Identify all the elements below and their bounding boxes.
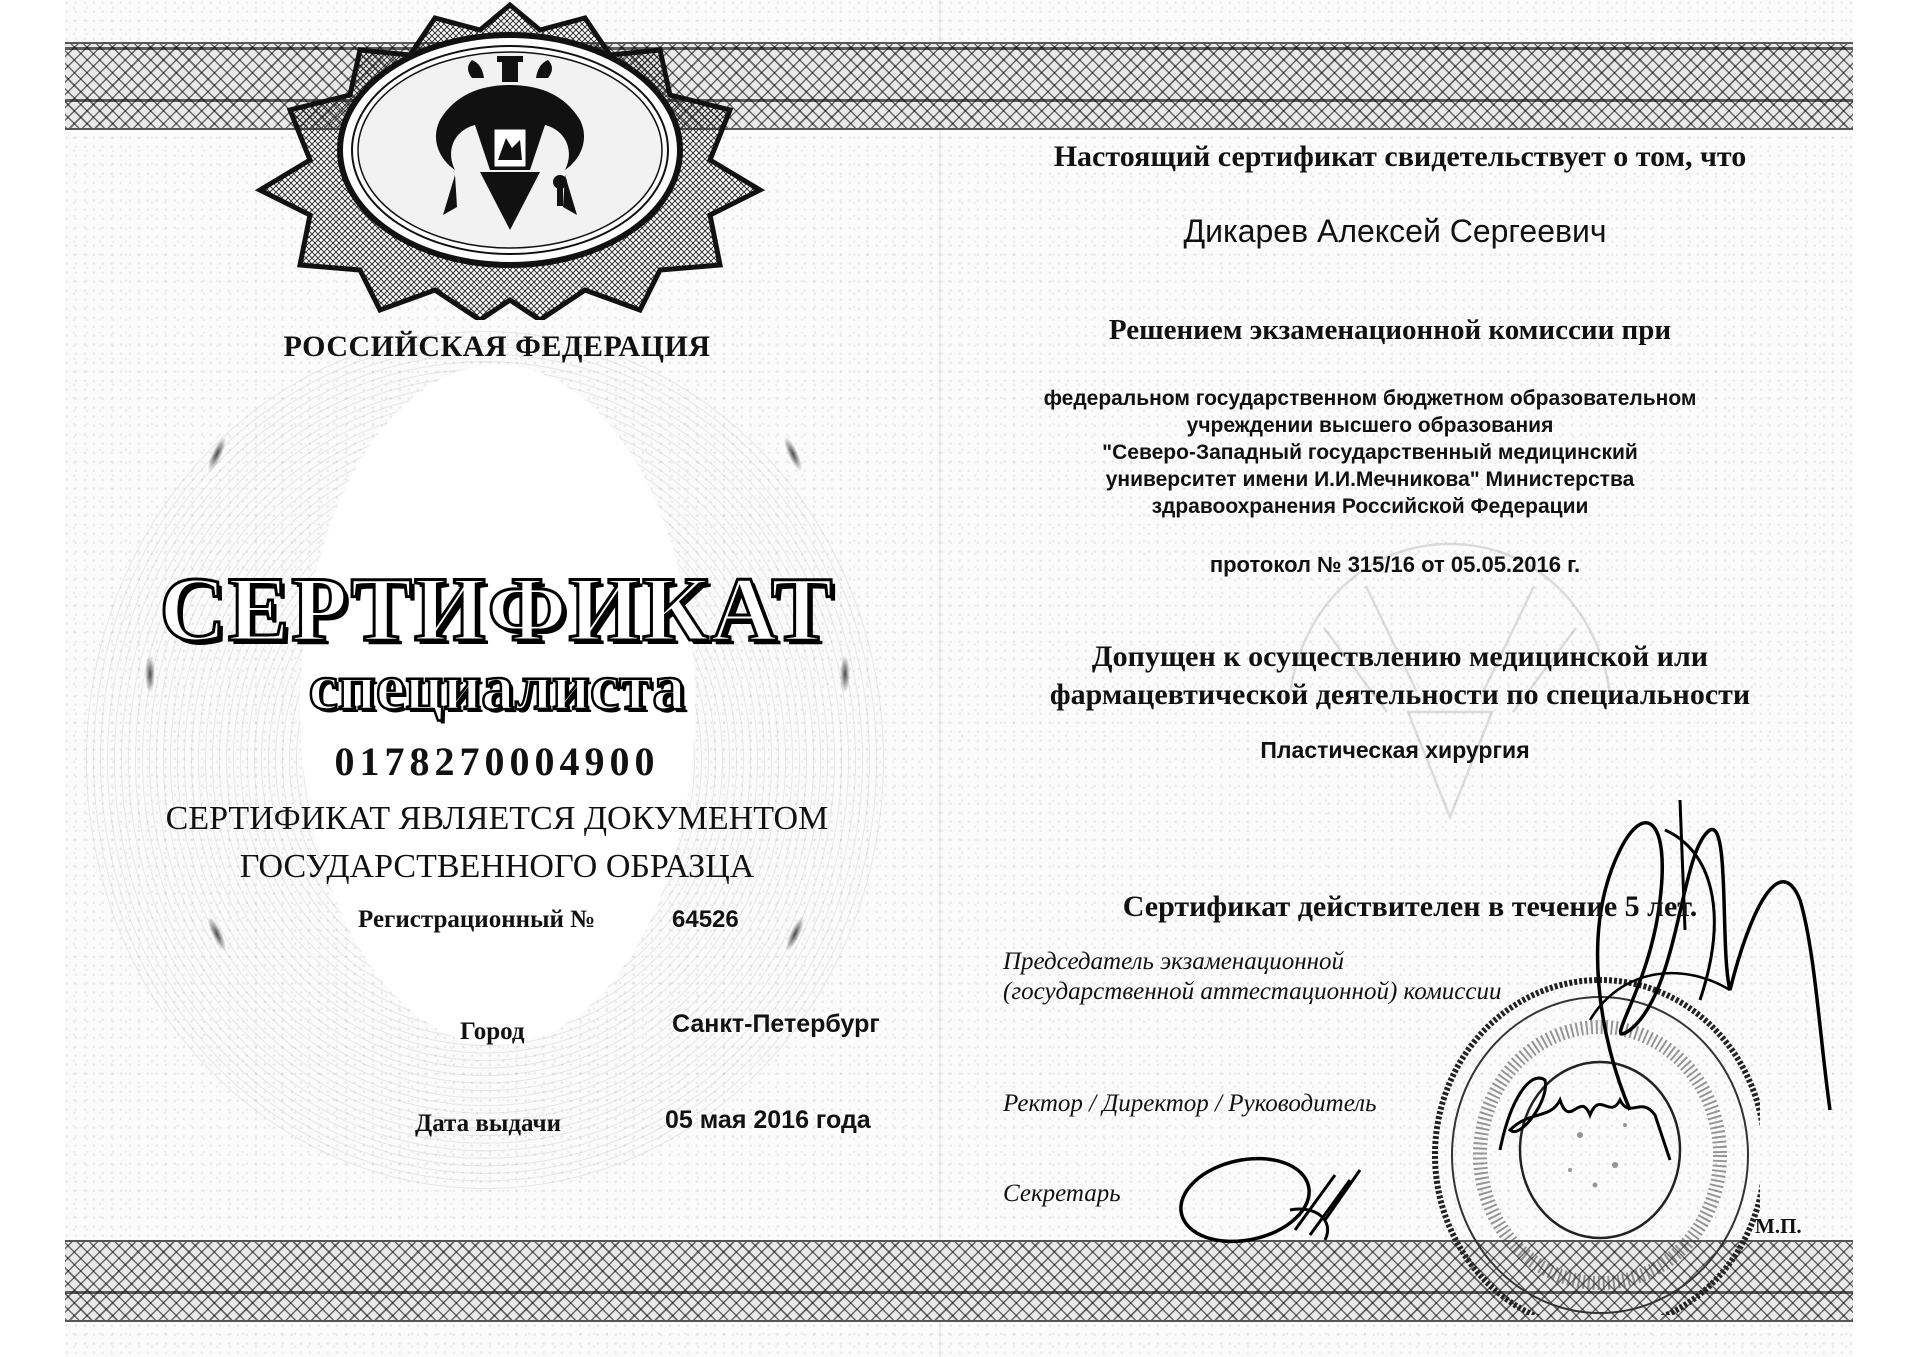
city-value: Санкт-Петербург	[672, 1010, 880, 1039]
admission-statement-line-2: фармацевтической деятельности по специал…	[1050, 678, 1750, 712]
institution-line: здравоохранения Российской Федерации	[1152, 495, 1589, 519]
institution-line: учреждении высшего образования	[1187, 414, 1554, 438]
double-headed-eagle-icon	[240, 0, 780, 320]
institution-line: университет имени И.И.Мечникова" Министе…	[1106, 468, 1635, 492]
institution-line: федеральном государственном бюджетном об…	[1044, 387, 1697, 411]
certificate-intro: Настоящий сертификат свидетельствует о т…	[1054, 140, 1747, 174]
certificate-subtitle: специалиста	[309, 650, 686, 726]
certificate-title: СЕРТИФИКАТ	[159, 556, 834, 662]
rector-signature-icon	[1490, 1060, 1680, 1170]
secretary-signature-icon	[1175, 1150, 1375, 1250]
decorative-sparkle	[145, 655, 155, 693]
admission-statement-line-1: Допущен к осуществлению медицинской или	[1092, 640, 1708, 674]
registration-number-label: Регистрационный №	[358, 906, 595, 934]
registration-number-value: 64526	[672, 906, 739, 934]
holder-name: Дикарев Алексей Сергеевич	[1183, 213, 1606, 250]
state-document-statement-line-1: СЕРТИФИКАТ ЯВЛЯЕТСЯ ДОКУМЕНТОМ	[166, 800, 829, 838]
institution-line: "Северо-Западный государственный медицин…	[1102, 441, 1638, 465]
commission-decision: Решением экзаменационной комиссии при	[1109, 314, 1671, 347]
city-label: Город	[460, 1018, 525, 1046]
decorative-sparkle	[840, 655, 850, 693]
country-title: РОССИЙСКАЯ ФЕДЕРАЦИЯ	[283, 330, 710, 364]
specialty: Пластическая хирургия	[1260, 737, 1529, 764]
chair-label-line-2: (государственной аттестационной) комисси…	[1003, 978, 1501, 1006]
page-fold	[939, 0, 941, 1357]
rector-label: Ректор / Директор / Руководитель	[1003, 1090, 1376, 1118]
seal-place-mark: М.П.	[1755, 1214, 1802, 1239]
validity-statement: Сертификат действителен в течение 5 лет.	[1123, 890, 1698, 924]
issue-date-value: 05 мая 2016 года	[665, 1106, 871, 1135]
state-document-statement-line-2: ГОСУДАРСТВЕННОГО ОБРАЗЦА	[240, 848, 755, 886]
protocol-reference: протокол № 315/16 от 05.05.2016 г.	[1210, 552, 1580, 578]
issue-date-label: Дата выдачи	[415, 1110, 561, 1138]
coat-of-arms-rosette	[240, 0, 780, 320]
certificate-number: 0178270004900	[335, 738, 660, 785]
secretary-label: Секретарь	[1003, 1180, 1121, 1208]
chair-label-line-1: Председатель экзаменационной	[1003, 948, 1344, 976]
